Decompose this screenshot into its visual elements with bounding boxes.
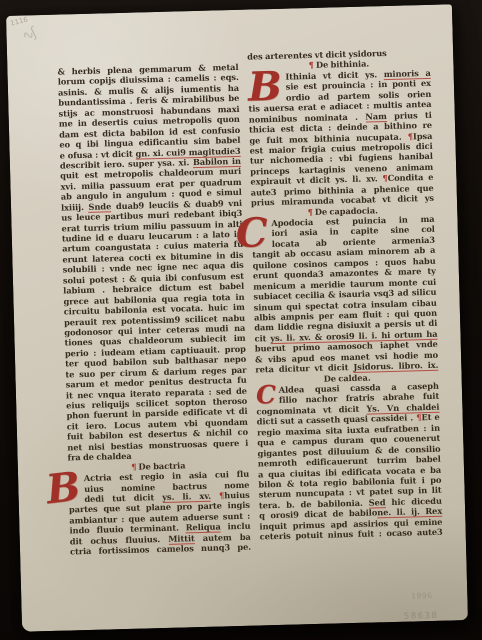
pilcrow-mark-icon: ¶	[309, 60, 316, 70]
pilcrow-mark-icon: ¶	[307, 206, 314, 216]
pilcrow-mark-icon: ¶	[131, 461, 138, 471]
drop-cap-initial: B	[45, 472, 82, 507]
paragraph-with-drop-cap: BActria est regio in asia cui fluuius no…	[68, 469, 251, 557]
rubricated-text: ¶	[219, 490, 224, 500]
parchment-leaf: 1116 ∿ʃ & herbis plena gemmarum & metall…	[6, 4, 468, 631]
pencil-mark-bottom-right-upper: 1996	[411, 591, 432, 601]
paragraph-with-drop-cap: CApodocia est puincia in maiori asia in …	[251, 214, 438, 375]
drop-cap-initial: C	[256, 385, 276, 406]
rubricated-text: ¶	[416, 413, 421, 423]
paragraph: & herbis plena gemmarum & metallorum cop…	[57, 62, 248, 463]
text-column-right: des arterentes vt dicit ysidorus¶De bith…	[247, 47, 443, 542]
paragraph-with-drop-cap: CAldea quasi cassda a casephfilio nachor…	[256, 381, 443, 542]
rubricated-text: ¶	[382, 173, 387, 183]
rubricated-text: ¶	[408, 131, 413, 141]
paragraph-with-drop-cap: BIthinia vt dicit ys. minoris asie est p…	[248, 68, 434, 208]
pencil-mark-top-left-number: 1116	[9, 16, 28, 28]
photograph-of-incunable-leaf: 1116 ∿ʃ & herbis plena gemmarum & metall…	[0, 0, 482, 640]
pencil-scribble: ∿ʃ	[20, 25, 38, 45]
drop-cap-initial: B	[248, 72, 283, 104]
text-column-left: & herbis plena gemmarum & metallorum cop…	[57, 62, 251, 557]
drop-cap-initial: C	[235, 218, 268, 250]
pencil-mark-bottom-right-lower: 58638	[404, 611, 439, 622]
